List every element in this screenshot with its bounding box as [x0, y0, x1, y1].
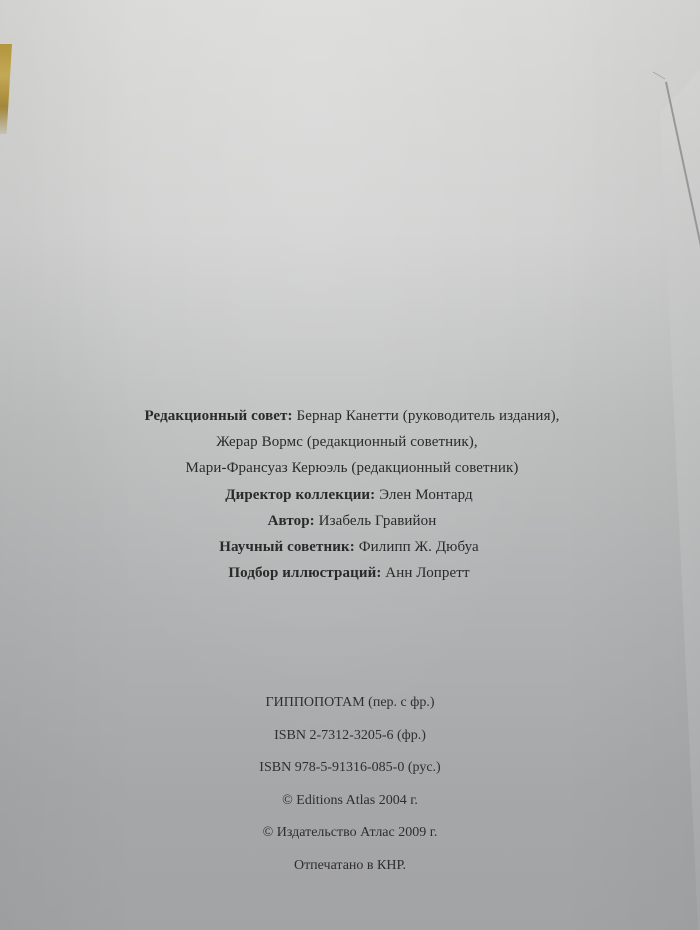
credit-value: Изабель Гравийон: [315, 513, 437, 529]
credit-line-editorial-board-3: Мари-Франсуаз Керюэль (редакционный сове…: [4, 455, 700, 481]
publication-imprint: ГИППОПОТАМ (пер. с фр.) ISBN 2-7312-3205…: [0, 690, 700, 886]
credit-value: Жерар Вормс (редакционный советник),: [216, 434, 477, 450]
book-cover-edge: [0, 44, 12, 134]
editorial-credits: Редакционный совет: Бернар Канетти (руко…: [0, 403, 700, 586]
credit-role: Подбор иллюстраций:: [228, 565, 381, 581]
credit-line-illustrations: Подбор иллюстраций: Анн Лопретт: [0, 560, 700, 586]
credit-line-editorial-board: Редакционный совет: Бернар Канетти (руко…: [4, 403, 700, 429]
credit-line-editorial-board-2: Жерар Вормс (редакционный советник),: [0, 429, 700, 455]
imprint-isbn-fr: ISBN 2-7312-3205-6 (фр.): [0, 723, 700, 756]
credit-role: Научный советник:: [219, 539, 355, 555]
credit-line-author: Автор: Изабель Гравийон: [4, 508, 700, 534]
imprint-printed-in: Отпечатано в КНР.: [0, 853, 700, 886]
imprint-copyright-ru: © Издательство Атлас 2009 г.: [0, 820, 700, 853]
credit-value: Элен Монтард: [375, 487, 473, 503]
credit-line-scientific-advisor: Научный советник: Филипп Ж. Дюбуа: [0, 534, 700, 560]
credit-value: Анн Лопретт: [381, 565, 469, 581]
credit-value: Филипп Ж. Дюбуа: [355, 539, 479, 555]
imprint-title: ГИППОПОТАМ (пер. с фр.): [0, 690, 700, 723]
imprint-isbn-ru: ISBN 978-5-91316-085-0 (рус.): [0, 755, 700, 788]
imprint-copyright-fr: © Editions Atlas 2004 г.: [0, 788, 700, 821]
page-fold-corner: [653, 72, 666, 80]
credit-role: Директор коллекции:: [225, 487, 375, 503]
credit-role: Автор:: [268, 513, 315, 529]
credit-line-collection-director: Директор коллекции: Элен Монтард: [0, 482, 700, 508]
credit-value: Бернар Канетти (руководитель издания),: [293, 408, 560, 424]
credit-role: Редакционный совет:: [144, 408, 292, 424]
book-imprint-page: Редакционный совет: Бернар Канетти (руко…: [0, 0, 700, 930]
credit-value: Мари-Франсуаз Керюэль (редакционный сове…: [186, 460, 519, 476]
